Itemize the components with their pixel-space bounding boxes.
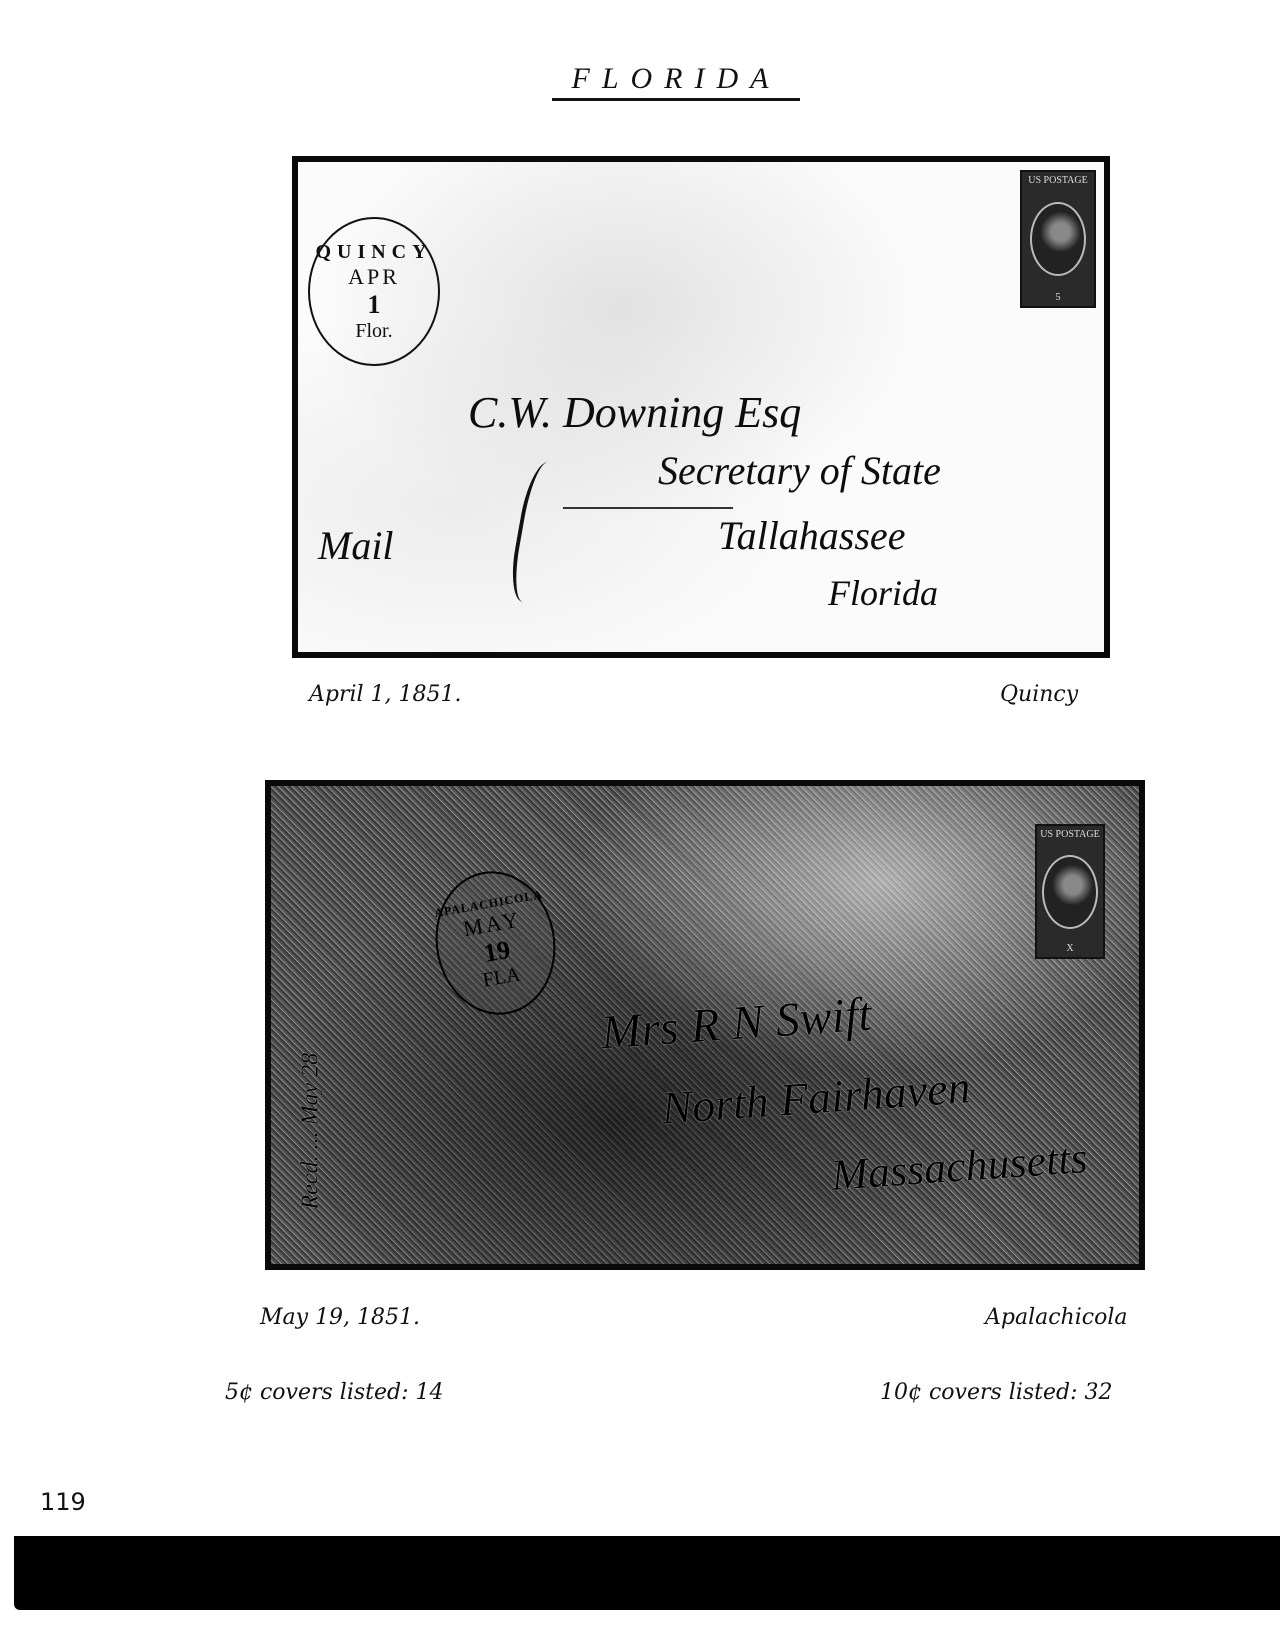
page-title: FLORIDA [552, 62, 800, 101]
postmark-state: FLA [481, 963, 522, 992]
cover-apalachicola: Recd. ... May 28 APALACHICOLA MAY 19 FLA… [265, 780, 1145, 1270]
ten-cent-count: 10¢ covers listed: 32 [880, 1380, 1113, 1405]
address-line: North Fairhaven [660, 1060, 973, 1134]
stamp-label: US POSTAGE [1040, 829, 1100, 840]
postmark-circle: APALACHICOLA MAY 19 FLA [424, 862, 566, 1024]
postmark-day: 1 [368, 290, 381, 320]
postmark-day: 19 [482, 935, 513, 969]
stamp-value: X [1066, 943, 1073, 954]
cover-date: April 1, 1851. [309, 682, 462, 707]
divider [563, 507, 733, 509]
address-line: C.W. Downing Esq [468, 387, 801, 438]
address-line: Mrs R N Swift [599, 987, 873, 1061]
docketing-note: Recd. ... May 28 [298, 830, 325, 1210]
address-line: Secretary of State [658, 447, 941, 494]
stamp-5-cent: US POSTAGE 5 [1020, 170, 1096, 308]
portrait-icon [1030, 202, 1086, 276]
stamp-10-cent: US POSTAGE X [1035, 824, 1105, 959]
stamp-label: US POSTAGE [1028, 175, 1088, 186]
postmark-state: Flor. [355, 320, 392, 343]
mail-note: Mail [318, 522, 394, 569]
stamp-value: 5 [1056, 292, 1061, 303]
postmark-circle: QUINCY APR 1 Flor. [308, 217, 440, 366]
five-cent-count: 5¢ covers listed: 14 [225, 1380, 444, 1405]
address-line: Massachusetts [830, 1132, 1090, 1201]
address-line: Florida [828, 572, 938, 614]
scan-edge-bar [14, 1536, 1280, 1610]
cover-town: Quincy [1000, 682, 1078, 707]
address-line: Tallahassee [718, 512, 905, 559]
portrait-icon [1042, 855, 1098, 929]
cover-date: May 19, 1851. [260, 1305, 420, 1330]
cover-quincy: QUINCY APR 1 Flor. US POSTAGE 5 C.W. Dow… [292, 156, 1110, 658]
postmark-month: APR [348, 264, 400, 290]
cover-town: Apalachicola [985, 1305, 1127, 1330]
postmark-town: QUINCY [315, 241, 432, 264]
page-number: 119 [40, 1488, 86, 1516]
pen-flourish-icon [506, 462, 575, 602]
